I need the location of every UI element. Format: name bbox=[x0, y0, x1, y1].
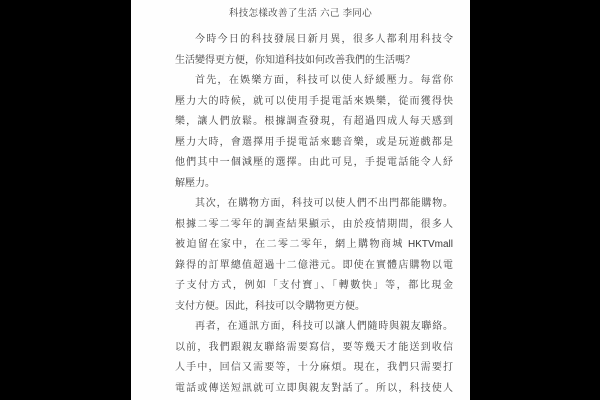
essay-line: 今時今日的科技發展日新月異，很多人都利用科技令 bbox=[175, 30, 453, 51]
essay-line: 首先，在娛樂方面，科技可以使人紓緩壓力。每當你 bbox=[175, 71, 453, 92]
essay-line: 生活變得更方便，你知道科技如何改善我們的生活嗎？ bbox=[175, 51, 453, 72]
essay-line: 解壓力。 bbox=[175, 174, 453, 195]
essay-line: 以前，我們跟親友聯絡需要寫信，要等幾天才能送到收信 bbox=[175, 338, 453, 359]
essay-line: 子支付方式，例如「支付寶」、「轉數快」等，都比現金 bbox=[175, 276, 453, 297]
essay-line: 人手中，回信又需要等，十分麻煩。現在，我們只需要打 bbox=[175, 358, 453, 379]
essay-line: 壓力大的時候，就可以使用手提電話來娛樂，從而獲得快 bbox=[175, 92, 453, 113]
essay-line: 再者，在通訊方面，科技可以讓人們隨時與親友聯絡。 bbox=[175, 317, 453, 338]
essay-line: 樂，讓人們放鬆。根據調查發現，有超過四成人每天感到 bbox=[175, 112, 453, 133]
essay-line: 被迫留在家中，在二零二零年，網上購物商城 HKTVmall bbox=[175, 235, 453, 256]
essay-line: 壓力大時，會選擇用手提電話來聽音樂，或是玩遊戲都是 bbox=[175, 133, 453, 154]
document-page: 科技怎樣改善了生活 六己 李同心 今時今日的科技發展日新月異，很多人都利用科技令… bbox=[131, 0, 470, 400]
essay-body: 今時今日的科技發展日新月異，很多人都利用科技令 生活變得更方便，你知道科技如何改… bbox=[175, 30, 453, 399]
letterbox-background: 科技怎樣改善了生活 六己 李同心 今時今日的科技發展日新月異，很多人都利用科技令… bbox=[0, 0, 600, 400]
essay-title: 科技怎樣改善了生活 六己 李同心 bbox=[131, 4, 470, 24]
essay-line: 支付方便。因此，科技可以令購物更方便。 bbox=[175, 297, 453, 318]
essay-line: 錄得的訂單總值超過十二億港元。即使在實體店購物以電 bbox=[175, 256, 453, 277]
essay-line: 根據二零二零年的調查結果顯示，由於疫情期間，很多人 bbox=[175, 215, 453, 236]
essay-line: 他們其中一個減壓的選擇。由此可見，手提電話能令人紓 bbox=[175, 153, 453, 174]
essay-line: 電話或傳送短訊就可立即與親友對話了。所以，科技使人 bbox=[175, 379, 453, 400]
essay-line: 其次，在購物方面，科技可以使人們不出門都能購物。 bbox=[175, 194, 453, 215]
